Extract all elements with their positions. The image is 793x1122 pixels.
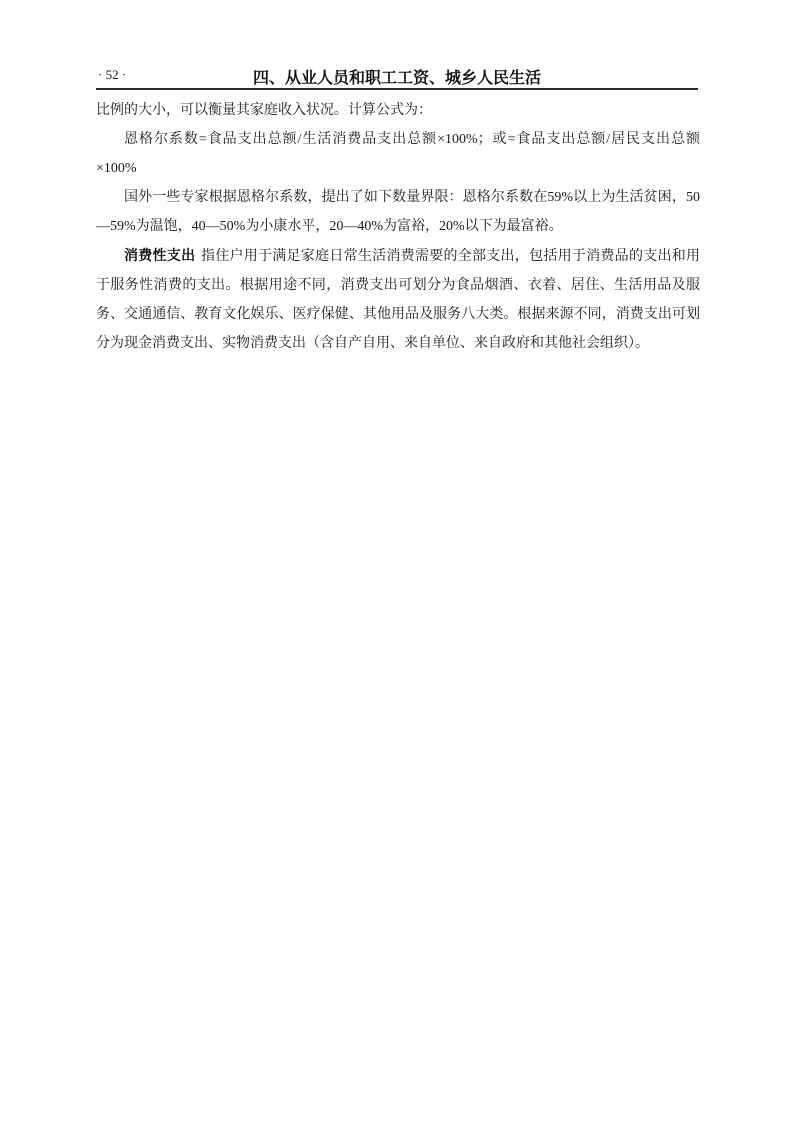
term-consumption-expenditure: 消费性支出 — [124, 247, 195, 263]
header-title: 四、从业人员和职工工资、城乡人民生活 — [96, 65, 698, 88]
paragraph-engel-thresholds: 国外一些专家根据恩格尔系数，提出了如下数量界限：恩格尔系数在59%以上为生活贫困… — [96, 183, 700, 241]
header-rule — [96, 88, 698, 90]
consumption-definition: 指住户用于满足家庭日常生活消费需要的全部支出，包括用于消费品的支出和用于服务性消… — [96, 249, 700, 351]
body-text: 比例的大小，可以衡量其家庭收入状况。计算公式为： 恩格尔系数=食品支出总额/生活… — [96, 96, 700, 358]
document-page: · 52 · 四、从业人员和职工工资、城乡人民生活 比例的大小，可以衡量其家庭收… — [0, 0, 793, 1122]
paragraph-engel-formula: 恩格尔系数=食品支出总额/生活消费品支出总额×100%；或=食品支出总额/居民支… — [96, 125, 700, 183]
page-header: · 52 · 四、从业人员和职工工资、城乡人民生活 — [96, 64, 698, 88]
paragraph-consumption-expenditure: 消费性支出指住户用于满足家庭日常生活消费需要的全部支出，包括用于消费品的支出和用… — [96, 241, 700, 358]
paragraph-intro: 比例的大小，可以衡量其家庭收入状况。计算公式为： — [96, 96, 700, 125]
